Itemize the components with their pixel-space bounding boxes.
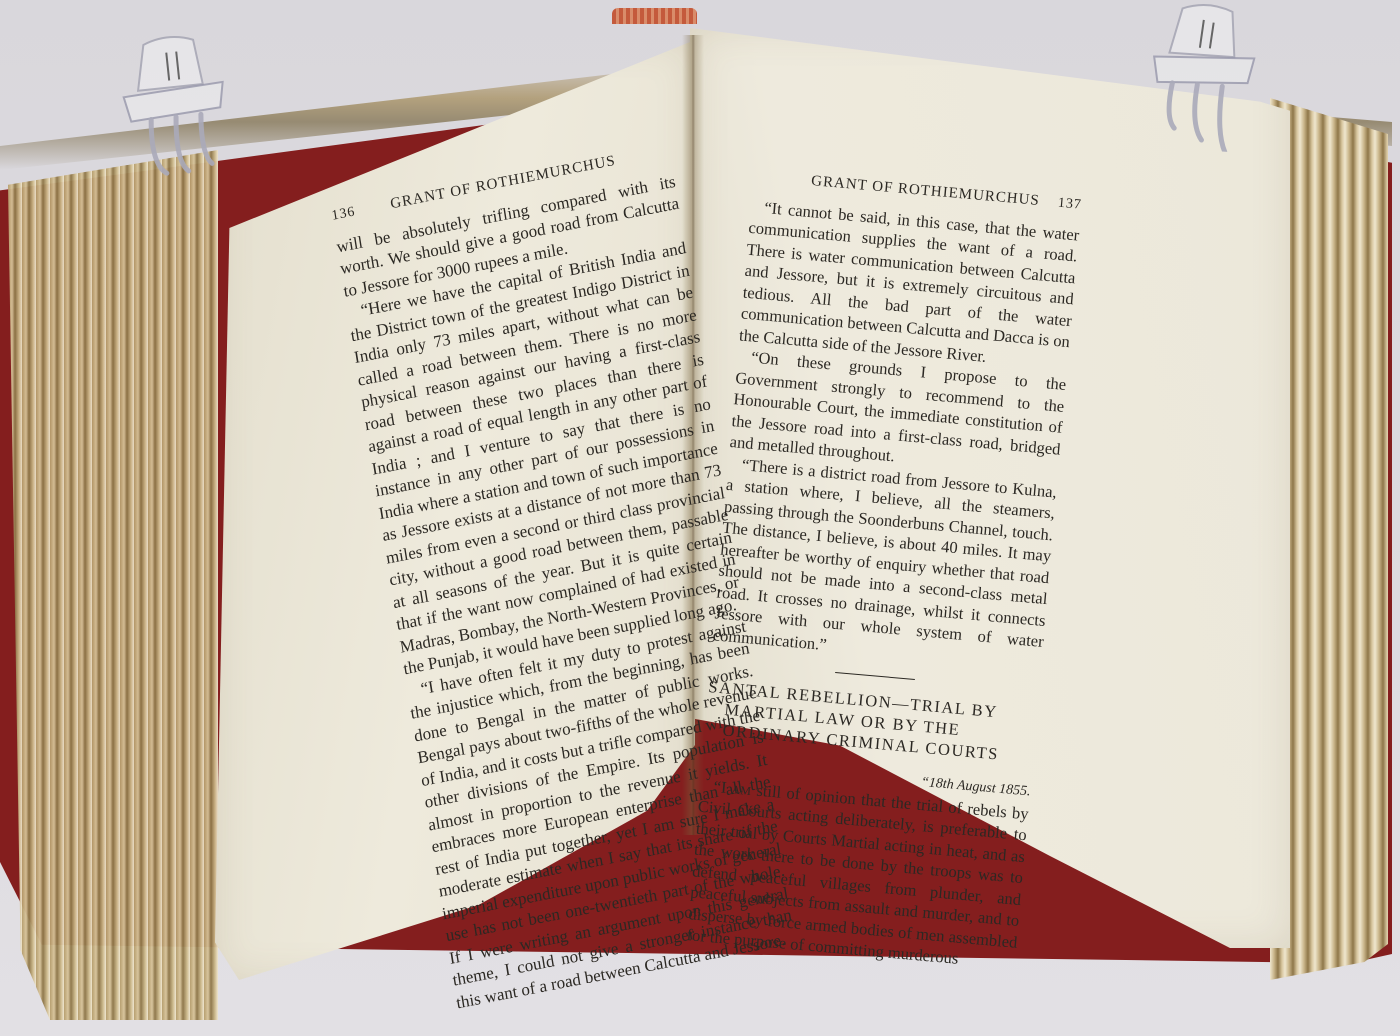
clear-plastic-clip-icon xyxy=(1143,0,1263,154)
left-page-block-edge xyxy=(8,150,218,1020)
paragraph: “Here we have the capital of British Ind… xyxy=(345,237,744,681)
right-page-text: GRANT OF ROTHIEMURCHUS 137 “It cannot be… xyxy=(686,166,1083,974)
page-number-right: 137 xyxy=(1057,193,1083,217)
paragraph: “There is a district road from Jessore t… xyxy=(712,452,1058,674)
section-heading: SANTAL REBELLION—TRIAL BY MARTIAL LAW OR… xyxy=(704,676,1038,768)
section-divider xyxy=(835,672,915,680)
section-body: “I am still of opinion that the trial of… xyxy=(686,774,1030,974)
paragraph: “It cannot be said, in this case, that t… xyxy=(738,195,1080,374)
book-photo: 136 GRANT OF ROTHIEMURCHUS will be absol… xyxy=(0,0,1400,1036)
lead-words: “I am xyxy=(713,776,752,798)
section-body-text: still of opinion that the trial of rebel… xyxy=(686,780,1030,968)
page-number-left: 136 xyxy=(330,201,357,228)
headband xyxy=(612,8,697,24)
clear-plastic-clip-icon xyxy=(112,27,237,188)
